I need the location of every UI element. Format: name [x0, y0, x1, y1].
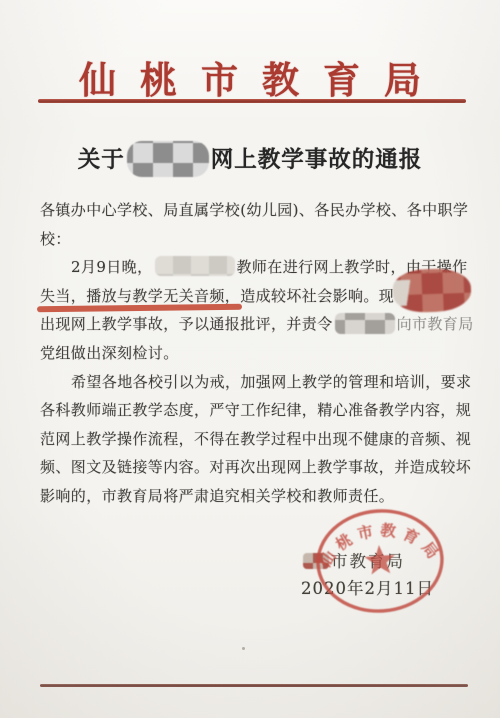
- body-line: 各镇办中心学校、局直属学校(幼儿园)、各民办学校、各中职学: [40, 196, 474, 225]
- seal-star-icon: [364, 544, 396, 575]
- body-line: 出现网上教学事故，予以通报批评，并责令向市教育局: [40, 310, 474, 339]
- requirement-text-3: 范网上教学操作流程，不得在教学过程中出现不健康的音频、视: [40, 430, 471, 448]
- title-redaction-mosaic: [127, 141, 209, 177]
- title-prefix: 关于: [78, 147, 125, 173]
- body-text: 各镇办中心学校、局直属学校(幼儿园)、各民办学校、各中职学 校： 2月9日晚，教…: [40, 196, 474, 511]
- salutation-line-1: 各镇办中心学校、局直属学校(幼儿园)、各民办学校、各中职学: [40, 201, 468, 219]
- responsible-name-redaction-mosaic: [335, 313, 395, 334]
- impact-text: 造成较坏社会影响。现: [240, 287, 394, 305]
- title-suffix: 网上教学事故的通报: [211, 147, 423, 173]
- body-line: 希望各地各校引以为戒，加强网上教学的管理和培训，要求: [40, 368, 474, 397]
- requirement-text-1: 希望各地各校引以为戒，加强网上教学的管理和培训，要求: [71, 373, 471, 391]
- paper-speck: [242, 647, 245, 650]
- report-to-text: 向市教育局: [397, 315, 474, 333]
- body-line: 频、图文及链接等内容。对再次出现网上教学事故，并造成较坏: [40, 453, 474, 482]
- letterhead-divider-line: [38, 99, 466, 103]
- criticism-text: 出现网上教学事故，予以通报批评，并责令: [40, 315, 333, 333]
- body-line: 校：: [40, 225, 474, 254]
- official-seal: 仙桃市教育局: [310, 503, 450, 619]
- footer-divider-line: [40, 684, 468, 687]
- underlined-violation-text: 失当，播放与教学无关音频，: [40, 287, 240, 305]
- teacher-name-redaction-mosaic: [155, 256, 235, 276]
- scanned-notice-document: 仙桃市教育局 关于网上教学事故的通报 各镇办中心学校、局直属学校(幼儿园)、各民…: [0, 0, 500, 718]
- requirement-text-4: 频、图文及链接等内容。对再次出现网上教学事故，并造成较坏: [40, 458, 471, 476]
- incident-date-text: 2月9日晚，: [71, 258, 153, 276]
- self-review-text: 党组做出深刻检讨。: [40, 344, 179, 362]
- body-line: 各科教师端正教学态度，严守工作纪律，精心准备教学内容，规: [40, 396, 474, 425]
- body-line: 范网上教学操作流程，不得在教学过程中出现不健康的音频、视: [40, 425, 474, 454]
- requirement-text-2: 各科教师端正教学态度，严守工作纪律，精心准备教学内容，规: [40, 401, 471, 419]
- body-line: 党组做出深刻检讨。: [40, 339, 474, 368]
- agency-letterhead: 仙桃市教育局: [0, 50, 500, 104]
- salutation-line-2: 校：: [40, 230, 71, 248]
- document-title: 关于网上教学事故的通报: [0, 141, 500, 177]
